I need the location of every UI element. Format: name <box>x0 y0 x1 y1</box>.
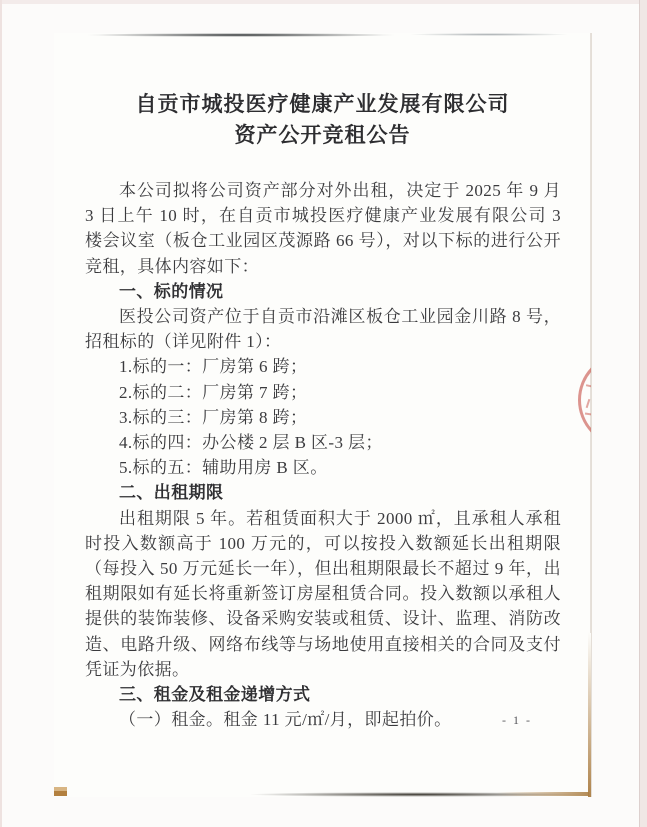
scan-shadow-top-right <box>406 33 572 36</box>
scan-edge-tan-corner <box>54 787 67 796</box>
scan-shadow-top-left <box>80 33 402 37</box>
list-item-target-2: 2.标的二：厂房第 7 跨； <box>85 380 561 405</box>
scan-bed-edge-top <box>0 0 647 4</box>
document-title: 自贡市城投医疗健康产业发展有限公司 资产公开竞租公告 <box>54 89 591 151</box>
list-item-target-1: 1.标的一：厂房第 6 跨； <box>85 354 561 379</box>
list-item-target-4: 4.标的四：办公楼 2 层 B 区-3 层； <box>85 430 561 455</box>
scan-bed-edge-right <box>639 0 647 827</box>
list-item-target-3: 3.标的三：厂房第 8 跨； <box>85 405 561 430</box>
section-heading-2: 二、出租期限 <box>85 480 561 505</box>
paragraph-assets: 医投公司资产位于自贡市沿滩区板仓工业园金川路 8 号，招租标的（详见附件 1）： <box>85 304 561 354</box>
document-body: 本公司拟将公司资产部分对外出租，决定于 2025 年 9 月 3 日上午 10 … <box>85 178 561 732</box>
paragraph-intro: 本公司拟将公司资产部分对外出租，决定于 2025 年 9 月 3 日上午 10 … <box>85 178 561 279</box>
scan-bed-edge-left <box>0 0 2 827</box>
paragraph-rent: （一）租金。租金 11 元/㎡/月，即起拍价。 <box>85 707 561 732</box>
section-heading-1: 一、标的情况 <box>85 279 561 304</box>
section-heading-3: 三、租金及租金递增方式 <box>85 682 561 707</box>
document-title-line1: 自贡市城投医疗健康产业发展有限公司 <box>54 89 591 120</box>
list-item-target-5: 5.标的五：辅助用房 B 区。 <box>85 455 561 480</box>
scanned-page: 自贡市城投医疗健康产业发展有限公司 资产公开竞租公告 本公司拟将公司资产部分对外… <box>54 33 592 797</box>
scan-edge-tan-streak <box>497 792 589 796</box>
paragraph-lease-term: 出租期限 5 年。若租赁面积大于 2000 ㎡，且承租人承租时投入数额高于 10… <box>85 506 561 682</box>
scan-edge-tan-line <box>588 632 591 797</box>
page-right-edge-line <box>590 33 591 633</box>
page-number: - 1 - <box>502 713 532 728</box>
document-title-line2: 资产公开竞租公告 <box>54 120 591 151</box>
